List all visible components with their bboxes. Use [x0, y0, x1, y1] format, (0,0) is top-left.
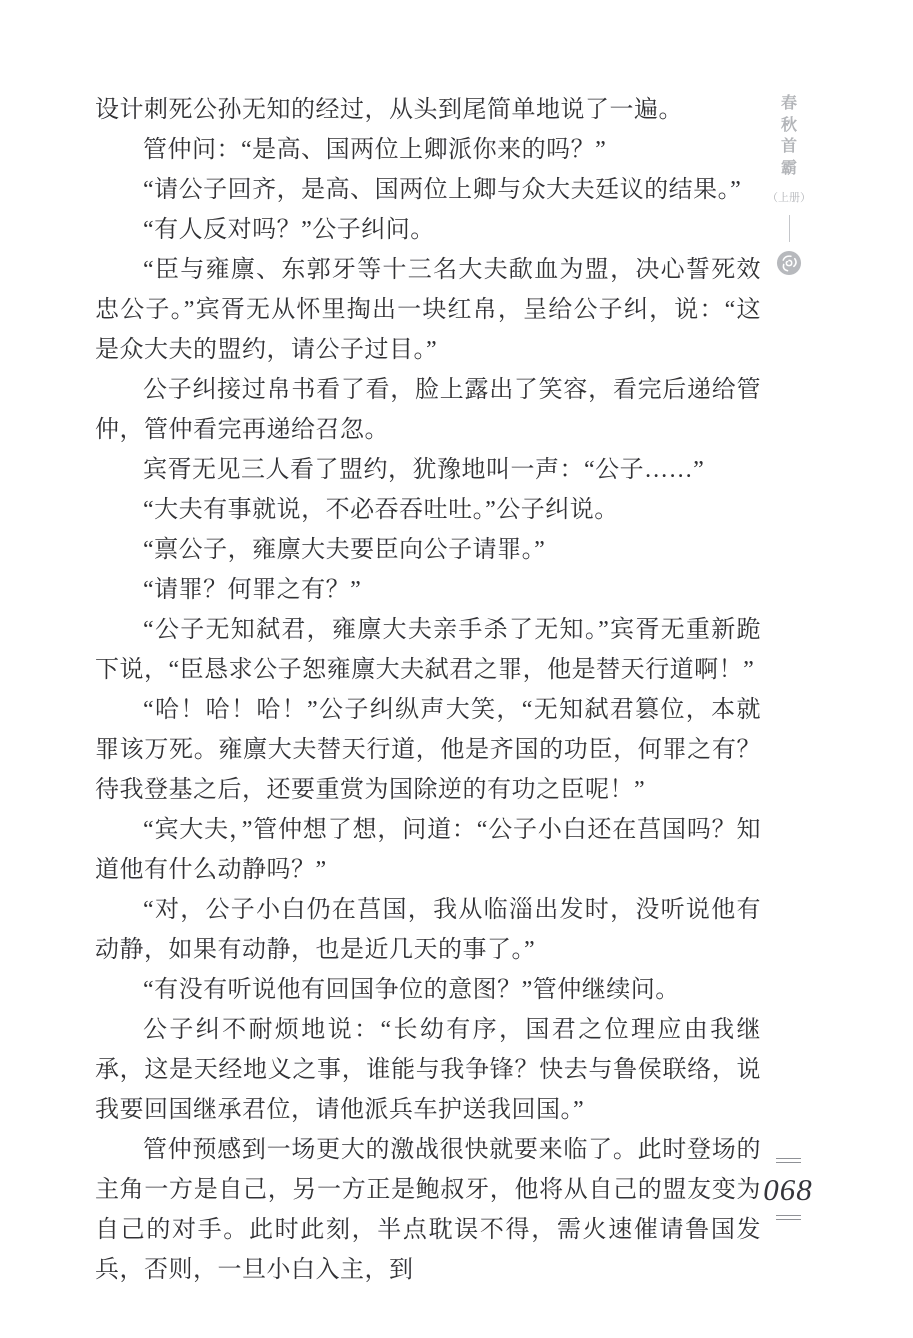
paragraph: “请公子回齐，是高、国两位上卿与众大夫廷议的结果。” [95, 170, 761, 210]
book-title-char: 春 [781, 93, 797, 115]
paragraph: “请罪？何罪之有？” [95, 570, 761, 610]
paragraph: 管仲预感到一场更大的激战很快就要来临了。此时登场的主角一方是自己，另一方正是鲍叔… [95, 1130, 761, 1290]
book-title-char: 首 [781, 136, 797, 158]
paragraph: “大夫有事就说，不必吞吞吐吐。”公子纠说。 [95, 490, 761, 530]
paragraph: “禀公子，雍廪大夫要臣向公子请罪。” [95, 530, 761, 570]
paragraph: “哈！哈！哈！”公子纠纵声大笑，“无知弑君篡位，本就罪该万死。雍廪大夫替天行道，… [95, 690, 761, 810]
paragraph: 宾胥无见三人看了盟约，犹豫地叫一声：“公子……” [95, 450, 761, 490]
book-title-char: 秋 [781, 115, 797, 137]
paragraph: “臣与雍廪、东郭牙等十三名大夫歃血为盟，决心誓死效忠公子。”宾胥无从怀里掏出一块… [95, 250, 761, 370]
paragraph: 管仲问：“是高、国两位上卿派你来的吗？” [95, 130, 761, 170]
volume-subtitle: （上册） [767, 189, 811, 205]
paragraph: “有没有听说他有回国争位的意图？”管仲继续问。 [95, 970, 761, 1010]
book-page: 设计刺死公孙无知的经过，从头到尾简单地说了一遍。 管仲问：“是高、国两位上卿派你… [0, 0, 913, 1338]
double-rule-bottom [776, 1215, 801, 1220]
margin-sidebar: 春 秋 首 霸 （上册） [764, 93, 814, 276]
page-number-block: 068 [755, 1158, 821, 1220]
vertical-divider [789, 215, 790, 242]
body-text-column: 设计刺死公孙无知的经过，从头到尾简单地说了一遍。 管仲问：“是高、国两位上卿派你… [95, 90, 761, 1290]
book-title-char: 霸 [781, 158, 797, 180]
double-rule-top [776, 1158, 801, 1163]
paragraph: “宾大夫，”管仲想了想，问道：“公子小白还在莒国吗？知道他有什么动静吗？” [95, 810, 761, 890]
paragraph: “公子无知弑君，雍廪大夫亲手杀了无知。”宾胥无重新跪下说，“臣恳求公子恕雍廪大夫… [95, 610, 761, 690]
paragraph: “有人反对吗？”公子纠问。 [95, 210, 761, 250]
spiral-seal-icon [776, 250, 802, 276]
paragraph: 公子纠不耐烦地说：“长幼有序，国君之位理应由我继承，这是天经地义之事，谁能与我争… [95, 1010, 761, 1130]
paragraph: 公子纠接过帛书看了看，脸上露出了笑容，看完后递给管仲，管仲看完再递给召忽。 [95, 370, 761, 450]
paragraph: 设计刺死公孙无知的经过，从头到尾简单地说了一遍。 [95, 90, 761, 130]
page-number: 068 [763, 1174, 813, 1205]
paragraph: “对，公子小白仍在莒国，我从临淄出发时，没听说他有动静，如果有动静，也是近几天的… [95, 890, 761, 970]
